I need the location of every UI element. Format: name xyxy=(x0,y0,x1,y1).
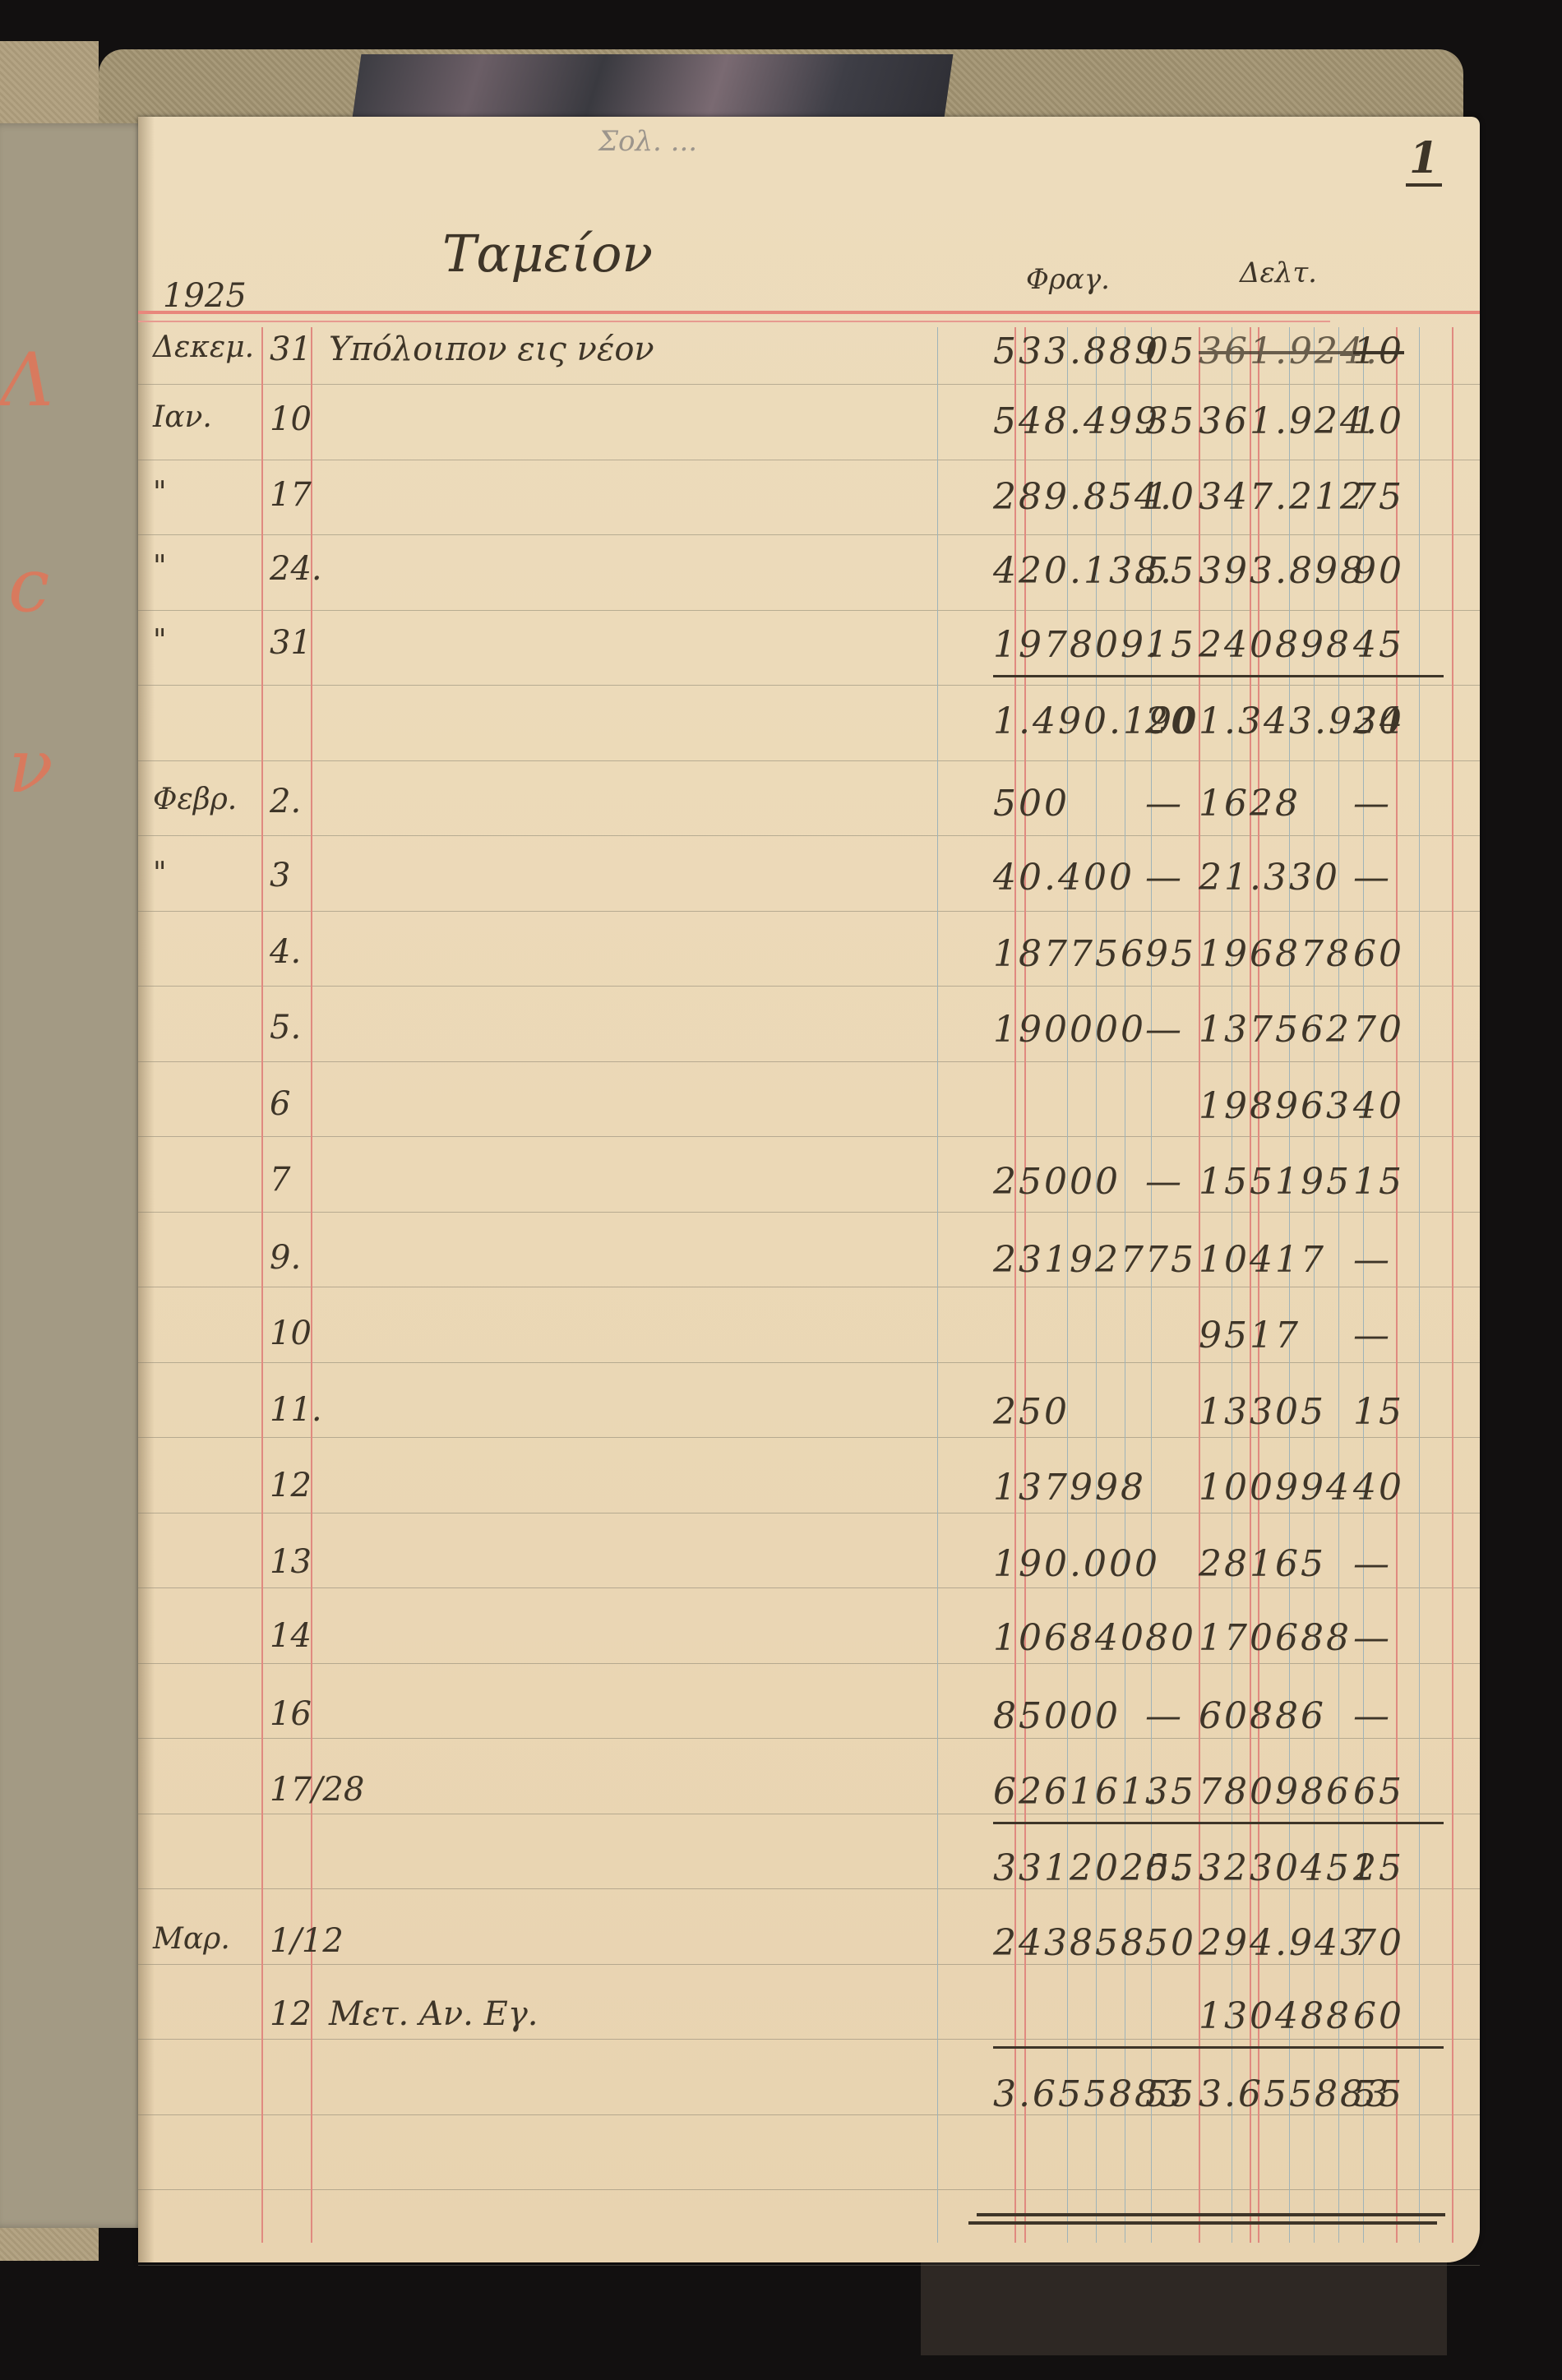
amount-col1-decimals: — xyxy=(1145,1009,1184,1051)
amount-col2: 361.924. xyxy=(1199,330,1379,372)
entry-month: " xyxy=(153,476,167,510)
amount-col1: 250 xyxy=(993,1391,1070,1433)
entry-day: 6 xyxy=(270,1085,290,1123)
ruled-line xyxy=(138,1136,1480,1137)
ruled-line xyxy=(138,835,1480,836)
ruled-line xyxy=(138,760,1480,761)
amount-col2-decimals: 60 xyxy=(1353,933,1404,975)
amount-col1: 85000 xyxy=(993,1695,1121,1737)
amount-col1: 626161. xyxy=(993,1771,1160,1813)
entry-day: 31 xyxy=(270,330,312,368)
ruled-line xyxy=(138,1061,1480,1062)
amount-col2: 1628 xyxy=(1199,783,1301,825)
entry-day: 10 xyxy=(270,400,312,438)
amount-col2: 21.330 xyxy=(1199,857,1340,899)
entry-day: 3 xyxy=(270,857,290,894)
amount-col1-decimals: — xyxy=(1145,783,1184,825)
entry-month: " xyxy=(153,550,167,584)
amount-col2: 9517 xyxy=(1199,1315,1301,1356)
blue-column-rule xyxy=(1419,327,1420,2243)
amount-col2-decimals: 10 xyxy=(1353,400,1404,442)
page-title: Ταμείον xyxy=(442,224,653,284)
page-number: 1 xyxy=(1406,133,1442,187)
amount-col2: 294.943 xyxy=(1199,1922,1366,1964)
entry-day: 1/12 xyxy=(270,1922,344,1960)
amount-col1: 106840 xyxy=(993,1617,1146,1659)
amount-col1-decimals: 10 xyxy=(1145,476,1196,518)
entry-month: Δεκεμ. xyxy=(153,330,254,364)
left-page-mark: ν xyxy=(8,723,53,810)
entry-day: 7 xyxy=(270,1161,290,1199)
amount-col1: 548.499 xyxy=(993,400,1160,442)
total-double-underline xyxy=(968,2221,1437,2225)
amount-col1-decimals: 35 xyxy=(1145,400,1196,442)
amount-col1-decimals: 95 xyxy=(1145,933,1196,975)
entry-day: 2. xyxy=(270,783,301,820)
amount-col2-decimals: — xyxy=(1353,1617,1392,1659)
blue-column-rule xyxy=(937,327,938,2243)
ruled-line xyxy=(138,1814,1480,1814)
amount-col2-decimals: 25 xyxy=(1353,1847,1404,1889)
entry-description: Μετ. Αν. Εγ. xyxy=(329,1995,538,2033)
amount-col1-decimals: 20 xyxy=(1145,700,1196,742)
entry-month: " xyxy=(153,857,167,890)
amount-col2: 13305 xyxy=(1199,1391,1326,1433)
ruled-line xyxy=(138,1362,1480,1363)
year-label: 1925 xyxy=(163,277,247,315)
amount-col2: 100994 xyxy=(1199,1467,1352,1509)
entry-day: 31 xyxy=(270,624,312,662)
total-double-underline xyxy=(977,2213,1445,2216)
ruled-line xyxy=(138,1663,1480,1664)
amount-col2: 393.898 xyxy=(1199,550,1366,592)
amount-col2-decimals: 90 xyxy=(1353,550,1404,592)
spine-shadow xyxy=(138,117,155,2262)
entry-day: 9. xyxy=(270,1239,301,1277)
ruled-line xyxy=(138,685,1480,686)
column-header-1: Φραγ. xyxy=(1026,263,1110,296)
red-column-rule xyxy=(261,327,263,2243)
amount-col2-decimals: 40 xyxy=(1353,1467,1404,1509)
entry-day: 10 xyxy=(270,1315,312,1352)
amount-col2: 130488 xyxy=(1199,1995,1352,2037)
entry-month: " xyxy=(153,624,167,658)
entry-day: 13 xyxy=(270,1543,312,1581)
amount-col1-decimals: 50 xyxy=(1145,1922,1196,1964)
sum-underline xyxy=(993,2046,1444,2049)
entry-month: Φεβρ. xyxy=(153,783,237,816)
amount-col2: 361.924. xyxy=(1199,400,1379,442)
amount-col2-decimals: 65 xyxy=(1353,1771,1404,1813)
left-page-mark: Λ xyxy=(0,337,53,423)
amount-col2: 780986 xyxy=(1199,1771,1352,1813)
amount-col2: 10417 xyxy=(1199,1239,1326,1281)
pencil-note: Σολ. ... xyxy=(598,125,697,158)
amount-col1-decimals: — xyxy=(1145,1161,1184,1203)
ruled-line xyxy=(138,2189,1480,2190)
amount-col1: 137998 xyxy=(993,1467,1146,1509)
ruled-line xyxy=(138,911,1480,912)
sum-underline xyxy=(993,1822,1444,1824)
amount-col2: 196878 xyxy=(1199,933,1352,975)
entry-month: Μαρ. xyxy=(153,1922,230,1956)
facing-page: Λ c ν xyxy=(0,123,152,2228)
amount-col1: 197809. xyxy=(993,624,1160,666)
ruled-line xyxy=(138,384,1480,385)
entry-description: Υπόλοιπον εις νέον xyxy=(329,330,654,368)
sum-underline xyxy=(993,675,1444,677)
entry-day: 17/28 xyxy=(270,1771,364,1809)
left-page-mark: c xyxy=(8,543,49,629)
amount-col1: 243858 xyxy=(993,1922,1146,1964)
amount-col2-decimals: — xyxy=(1353,1239,1392,1281)
amount-col2-decimals: — xyxy=(1353,1543,1392,1585)
header-rule-thin xyxy=(138,321,1330,322)
entry-day: 11. xyxy=(270,1391,322,1429)
amount-col2-decimals: 70 xyxy=(1353,1922,1404,1964)
entry-day: 4. xyxy=(270,933,301,971)
amount-col2: 28165 xyxy=(1199,1543,1326,1585)
amount-col1-decimals: 05 xyxy=(1145,330,1196,372)
entry-month: Ιαν. xyxy=(153,400,212,434)
entry-day: 5. xyxy=(270,1009,301,1047)
entry-day: 12 xyxy=(270,1995,312,2033)
amount-col2-decimals: — xyxy=(1353,783,1392,825)
amount-col1-decimals: 35 xyxy=(1145,1771,1196,1813)
entry-day: 16 xyxy=(270,1695,312,1733)
ledger-page: Σολ. ... 1 Ταμείον 1925 Φραγ. Δελτ. Δεκε… xyxy=(138,117,1480,2262)
amount-col2-decimals: 40 xyxy=(1353,1085,1404,1127)
ruled-line xyxy=(138,1212,1480,1213)
amount-col1: 231927 xyxy=(993,1239,1146,1281)
ruled-line xyxy=(138,986,1480,987)
amount-col2: 3230451 xyxy=(1199,1847,1377,1889)
ruled-line xyxy=(138,534,1480,535)
ruled-line xyxy=(138,2039,1480,2040)
entry-day: 12 xyxy=(270,1467,312,1504)
amount-col2-decimals: 45 xyxy=(1353,624,1404,666)
amount-col1-decimals: — xyxy=(1145,857,1184,899)
entry-day: 14 xyxy=(270,1617,312,1655)
amount-col2: 198963 xyxy=(1199,1085,1352,1127)
ruled-line xyxy=(138,460,1480,460)
ruled-line xyxy=(138,1287,1480,1287)
amount-col2-decimals: — xyxy=(1353,1315,1392,1356)
amount-col1-decimals: 05 xyxy=(1145,1847,1196,1889)
amount-col1: 25000 xyxy=(993,1161,1121,1203)
amount-col2-decimals: 15 xyxy=(1353,1391,1404,1433)
amount-col2-decimals: 15 xyxy=(1353,1161,1404,1203)
amount-col2-decimals: 10 xyxy=(1353,330,1404,372)
amount-col1: 40.400 xyxy=(993,857,1135,899)
red-column-rule xyxy=(1452,327,1453,2243)
amount-col2: 137562 xyxy=(1199,1009,1352,1051)
ruled-line xyxy=(138,2265,1480,2266)
amount-col2-decimals: — xyxy=(1353,857,1392,899)
amount-col1-decimals: — xyxy=(1145,1695,1184,1737)
column-header-2: Δελτ. xyxy=(1240,256,1317,289)
amount-col2-decimals: 75 xyxy=(1353,476,1404,518)
amount-col1-decimals: 80 xyxy=(1145,1617,1196,1659)
amount-col2: 170688 xyxy=(1199,1617,1352,1659)
amount-col1-decimals: 15 xyxy=(1145,624,1196,666)
entry-day: 17 xyxy=(270,476,312,514)
amount-col2: 347.212 xyxy=(1199,476,1366,518)
amount-col1: 533.889 xyxy=(993,330,1160,372)
ruled-line xyxy=(138,1437,1480,1438)
ruled-line xyxy=(138,1738,1480,1739)
amount-col2-decimals: 70 xyxy=(1353,1009,1404,1051)
amount-col2-decimals: 55 xyxy=(1353,2073,1404,2115)
entry-day: 24. xyxy=(270,550,322,588)
amount-col1: 190000 xyxy=(993,1009,1146,1051)
amount-col2-decimals: 60 xyxy=(1353,1995,1404,2037)
amount-col2: 60886 xyxy=(1199,1695,1326,1737)
amount-col2-decimals: — xyxy=(1353,1695,1392,1737)
amount-col1: 500 xyxy=(993,783,1070,825)
ruled-line xyxy=(138,610,1480,611)
amount-col1-decimals: 55 xyxy=(1145,550,1196,592)
amount-col2: 240898 xyxy=(1199,624,1352,666)
header-rule xyxy=(138,311,1480,314)
amount-col1-decimals: 55 xyxy=(1145,2073,1196,2115)
ruled-line xyxy=(138,1587,1480,1588)
amount-col2-decimals: 20 xyxy=(1353,700,1404,742)
amount-col1: 190.000 xyxy=(993,1543,1160,1585)
book-cover-bottom-flap xyxy=(921,2253,1447,2355)
ruled-line xyxy=(138,1513,1480,1513)
amount-col1: 187756 xyxy=(993,933,1146,975)
amount-col2: 155195 xyxy=(1199,1161,1352,1203)
amount-col1-decimals: 75 xyxy=(1145,1239,1196,1281)
